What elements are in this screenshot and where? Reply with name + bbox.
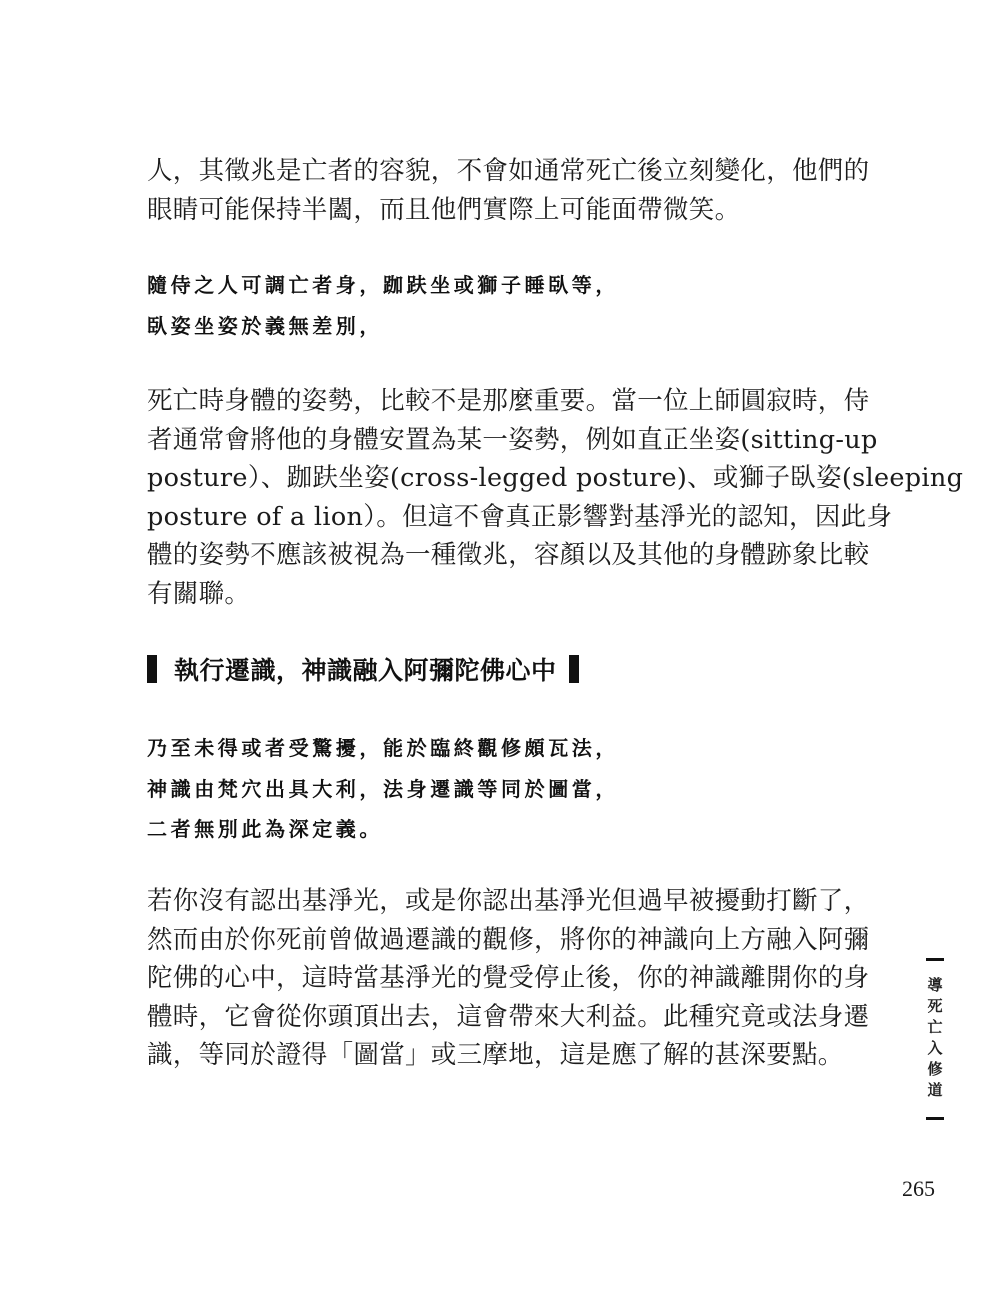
heading-bar-right bbox=[569, 655, 579, 683]
text-line: 然而由於你死前曾做過遷識的觀修，將你的神識向上方融入阿彌 bbox=[147, 921, 847, 960]
verse-line: 神識由梵穴出具大利，法身遷識等同於圖當， bbox=[147, 769, 707, 810]
paragraph-1: 人，其徵兆是亡者的容貌，不會如通常死亡後立刻變化，他們的 眼睛可能保持半闔，而且… bbox=[147, 152, 847, 229]
page-number: 265 bbox=[902, 1176, 935, 1202]
running-title-rule-bottom bbox=[926, 1117, 944, 1120]
section-heading-text: 執行遷識，神識融入阿彌陀佛心中 bbox=[174, 651, 557, 687]
verse-line: 隨侍之人可調亡者身，跏趺坐或獅子睡臥等， bbox=[147, 265, 707, 306]
heading-bar-left bbox=[147, 655, 157, 683]
text-line: 陀佛的心中，這時當基淨光的覺受停止後，你的神識離開你的身 bbox=[147, 959, 847, 998]
text-line: 有關聯。 bbox=[147, 575, 847, 614]
paragraph-2: 死亡時身體的姿勢，比較不是那麼重要。當一位上師圓寂時，侍 者通常會將他的身體安置… bbox=[147, 382, 847, 613]
text-line: 識，等同於證得「圖當」或三摩地，這是應了解的甚深要點。 bbox=[147, 1036, 847, 1075]
text-line: 死亡時身體的姿勢，比較不是那麼重要。當一位上師圓寂時，侍 bbox=[147, 382, 847, 421]
text-line: 者通常會將他的身體安置為某一姿勢，例如直正坐姿(sitting-up bbox=[147, 421, 847, 460]
running-title-rule-top bbox=[926, 958, 944, 961]
paragraph-3: 若你沒有認出基淨光，或是你認出基淨光但過早被擾動打斷了， 然而由於你死前曾做過遷… bbox=[147, 882, 847, 1075]
text-line: posture）、跏趺坐姿(cross-legged posture)、或獅子臥… bbox=[147, 459, 847, 498]
verse-line: 臥姿坐姿於義無差別， bbox=[147, 306, 707, 347]
text-line: 體時，它會從你頭頂出去，這會帶來大利益。此種究竟或法身遷 bbox=[147, 998, 847, 1037]
book-page: 人，其徵兆是亡者的容貌，不會如通常死亡後立刻變化，他們的 眼睛可能保持半闔，而且… bbox=[0, 0, 1000, 1294]
text-line: 若你沒有認出基淨光，或是你認出基淨光但過早被擾動打斷了， bbox=[147, 882, 847, 921]
running-title-text: 導 死 亡 入 修 道 bbox=[927, 975, 942, 1101]
verse-2: 乃至未得或者受驚擾，能於臨終觀修頗瓦法， 神識由梵穴出具大利，法身遷識等同於圖當… bbox=[147, 728, 707, 850]
text-line: posture of a lion）。但這不會真正影響對基淨光的認知，因此身 bbox=[147, 498, 847, 537]
text-line: 體的姿勢不應該被視為一種徵兆，容顏以及其他的身體跡象比較 bbox=[147, 536, 847, 575]
text-line: 人，其徵兆是亡者的容貌，不會如通常死亡後立刻變化，他們的 bbox=[147, 152, 847, 191]
verse-line: 乃至未得或者受驚擾，能於臨終觀修頗瓦法， bbox=[147, 728, 707, 769]
verse-line: 二者無別此為深定義。 bbox=[147, 809, 707, 850]
verse-1: 隨侍之人可調亡者身，跏趺坐或獅子睡臥等， 臥姿坐姿於義無差別， bbox=[147, 265, 707, 346]
text-line: 眼睛可能保持半闔，而且他們實際上可能面帶微笑。 bbox=[147, 191, 847, 230]
section-heading: 執行遷識，神識融入阿彌陀佛心中 bbox=[147, 650, 579, 688]
running-title-vertical: 導 死 亡 入 修 道 bbox=[924, 958, 946, 1120]
